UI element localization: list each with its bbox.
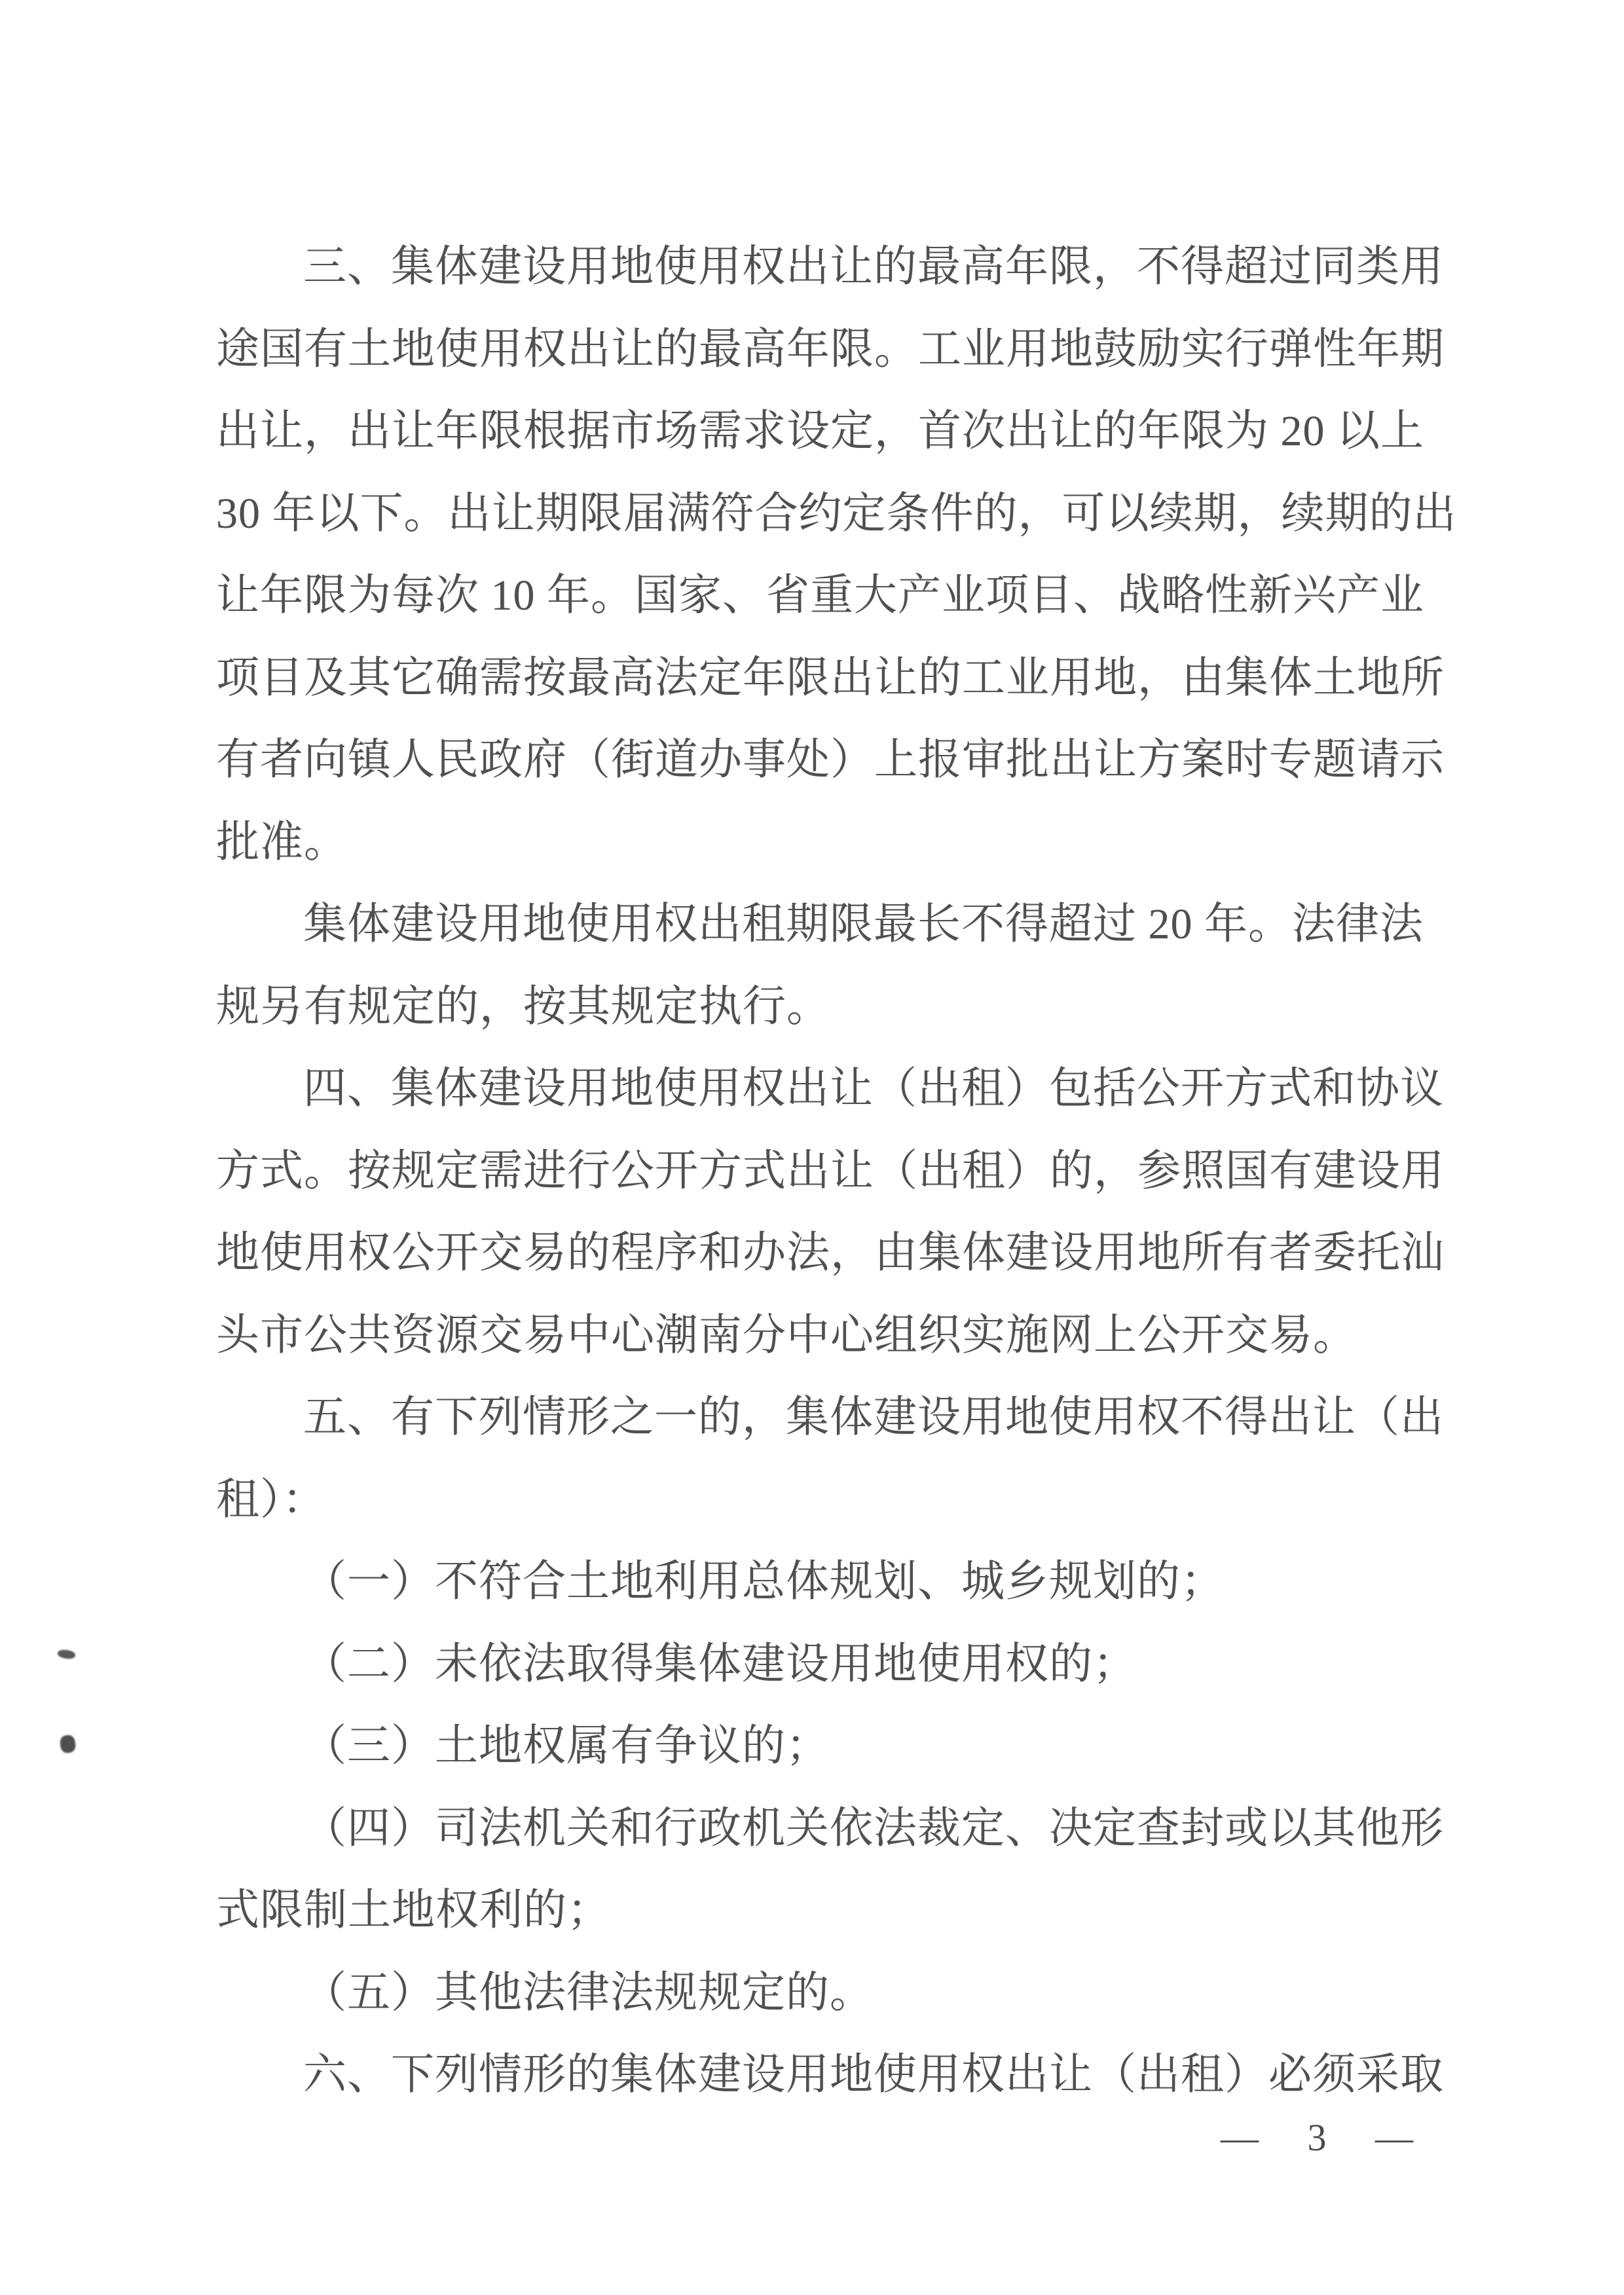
scan-speck-dot — [60, 1735, 77, 1753]
document-line: 式限制土地权利的； — [216, 1869, 1441, 1952]
scan-speck-dash — [57, 1649, 76, 1660]
document-line: 让年限为每次 10 年。国家、省重大产业项目、战略性新兴产业 — [216, 555, 1441, 637]
document-line: 规另有规定的，按其规定执行。 — [216, 966, 1441, 1048]
document-line: 途国有土地使用权出让的最高年限。工业用地鼓励实行弹性年期 — [216, 308, 1441, 391]
document-line: 批准。 — [216, 801, 1441, 884]
document-line: 方式。按规定需进行公开方式出让（出租）的，参照国有建设用 — [216, 1130, 1441, 1213]
document-line: 三、集体建设用地使用权出让的最高年限，不得超过同类用 — [216, 226, 1441, 308]
document-line: （五）其他法律法规规定的。 — [216, 1952, 1441, 2034]
document-line: 地使用权公开交易的程序和办法，由集体建设用地所有者委托汕 — [216, 1212, 1441, 1294]
document-line: （一）不符合土地利用总体规划、城乡规划的； — [216, 1541, 1441, 1623]
document-line: （四）司法机关和行政机关依法裁定、决定查封或以其他形 — [216, 1788, 1441, 1870]
document-line: 30 年以下。出让期限届满符合约定条件的，可以续期，续期的出 — [216, 473, 1441, 555]
document-line: 租）： — [216, 1459, 1441, 1541]
document-line: （三）土地权属有争议的； — [216, 1705, 1441, 1788]
document-line: 四、集体建设用地使用权出让（出租）包括公开方式和协议 — [216, 1048, 1441, 1130]
document-line: 项目及其它确需按最高法定年限出让的工业用地，由集体土地所 — [216, 637, 1441, 720]
document-line: 有者向镇人民政府（街道办事处）上报审批出让方案时专题请示 — [216, 719, 1441, 801]
document-line: 头市公共资源交易中心潮南分中心组织实施网上公开交易。 — [216, 1294, 1441, 1377]
document-line: 出让，出让年限根据市场需求设定，首次出让的年限为 20 以上 — [216, 390, 1441, 473]
document-body: 三、集体建设用地使用权出让的最高年限，不得超过同类用途国有土地使用权出让的最高年… — [216, 226, 1441, 2116]
document-line: 六、下列情形的集体建设用地使用权出让（出租）必须采取 — [216, 2034, 1441, 2116]
document-line: （二）未依法取得集体建设用地使用权的； — [216, 1623, 1441, 1706]
document-line: 五、有下列情形之一的，集体建设用地使用权不得出让（出 — [216, 1376, 1441, 1459]
scanned-document-page: 三、集体建设用地使用权出让的最高年限，不得超过同类用途国有土地使用权出让的最高年… — [0, 0, 1624, 2295]
document-line: 集体建设用地使用权出租期限最长不得超过 20 年。法律法 — [216, 883, 1441, 966]
page-number: — 3 — — [1221, 2119, 1433, 2157]
